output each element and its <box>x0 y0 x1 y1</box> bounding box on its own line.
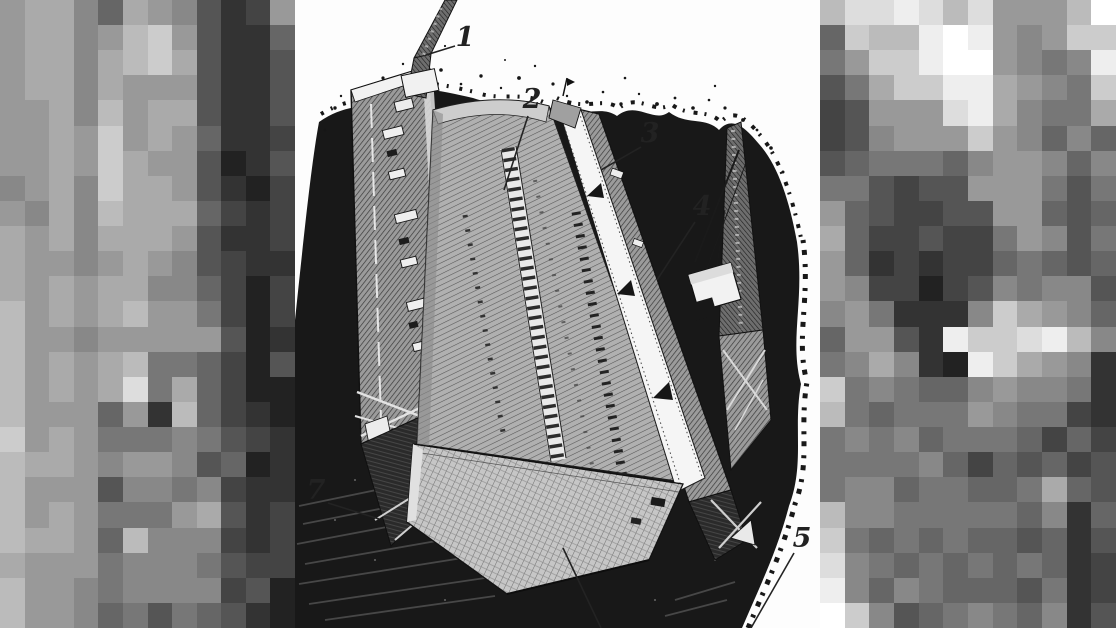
callout-7-label: 7 <box>307 475 326 506</box>
mosaic-cell <box>98 502 123 527</box>
mosaic-cell <box>49 578 74 603</box>
mosaic-cell <box>968 377 993 402</box>
mosaic-cell <box>25 251 50 276</box>
mosaic-cell <box>1067 402 1092 427</box>
mosaic-cell <box>25 402 50 427</box>
mosaic-cell <box>221 25 246 50</box>
mosaic-cell <box>197 126 222 151</box>
callout-1-label: 1 <box>456 22 475 53</box>
mosaic-cell <box>919 402 944 427</box>
mosaic-cell <box>148 100 173 125</box>
mosaic-cell <box>221 301 246 326</box>
mosaic-cell <box>943 100 968 125</box>
mosaic-cell <box>148 201 173 226</box>
mosaic-cell <box>894 528 919 553</box>
mosaic-cell <box>148 352 173 377</box>
mosaic-cell <box>221 528 246 553</box>
mosaic-cell <box>25 477 50 502</box>
mosaic-cell <box>246 502 271 527</box>
mosaic-cell <box>1017 477 1042 502</box>
mosaic-cell <box>123 477 148 502</box>
mosaic-cell <box>197 50 222 75</box>
mosaic-cell <box>820 427 845 452</box>
mosaic-cell <box>221 452 246 477</box>
mosaic-cell <box>968 402 993 427</box>
mosaic-cell <box>869 327 894 352</box>
mosaic-cell <box>25 553 50 578</box>
mosaic-cell <box>919 553 944 578</box>
mosaic-cell <box>869 25 894 50</box>
mosaic-cell <box>869 251 894 276</box>
mosaic-cell <box>123 276 148 301</box>
mosaic-cell <box>1042 176 1067 201</box>
mosaic-cell <box>270 201 295 226</box>
mosaic-cell <box>25 427 50 452</box>
mosaic-cell <box>1042 402 1067 427</box>
mosaic-cell <box>270 352 295 377</box>
mosaic-cell <box>1067 452 1092 477</box>
mosaic-cell <box>74 151 99 176</box>
mosaic-cell <box>968 151 993 176</box>
mosaic-cell <box>246 151 271 176</box>
mosaic-cell <box>894 427 919 452</box>
mosaic-cell <box>270 402 295 427</box>
mosaic-cell <box>172 126 197 151</box>
mosaic-cell <box>869 75 894 100</box>
mosaic-cell <box>74 276 99 301</box>
mosaic-cell <box>221 603 246 628</box>
mosaic-cell <box>270 100 295 125</box>
mosaic-cell <box>197 502 222 527</box>
mosaic-cell <box>98 578 123 603</box>
mosaic-cell <box>1091 251 1116 276</box>
mosaic-cell <box>98 251 123 276</box>
mosaic-cell <box>221 327 246 352</box>
mosaic-cell <box>98 176 123 201</box>
mosaic-cell <box>49 176 74 201</box>
mosaic-cell <box>221 151 246 176</box>
mosaic-cell <box>197 327 222 352</box>
mosaic-cell <box>1042 477 1067 502</box>
mosaic-cell <box>49 226 74 251</box>
mosaic-cell <box>123 402 148 427</box>
mosaic-cell <box>919 75 944 100</box>
mosaic-cell <box>845 427 870 452</box>
mosaic-cell <box>1017 151 1042 176</box>
mosaic-cell <box>993 50 1018 75</box>
mosaic-cell <box>123 578 148 603</box>
mosaic-cell <box>968 301 993 326</box>
mosaic-cell <box>49 126 74 151</box>
mosaic-cell <box>221 126 246 151</box>
mosaic-cell <box>820 126 845 151</box>
mosaic-cell <box>25 502 50 527</box>
mosaic-cell <box>919 50 944 75</box>
mosaic-cell <box>820 100 845 125</box>
mosaic-cell <box>820 352 845 377</box>
mosaic-cell <box>246 75 271 100</box>
mosaic-cell <box>49 477 74 502</box>
mosaic-cell <box>123 100 148 125</box>
mosaic-cell <box>1067 327 1092 352</box>
mosaic-cell <box>993 377 1018 402</box>
mosaic-cell <box>845 100 870 125</box>
mosaic-cell <box>98 201 123 226</box>
mosaic-cell <box>246 477 271 502</box>
mosaic-cell <box>1042 553 1067 578</box>
mosaic-cell <box>1017 553 1042 578</box>
mosaic-cell <box>1091 352 1116 377</box>
mosaic-cell <box>25 151 50 176</box>
mosaic-cell <box>270 477 295 502</box>
mosaic-cell <box>968 578 993 603</box>
mosaic-cell <box>221 75 246 100</box>
mosaic-cell <box>993 226 1018 251</box>
mosaic-cell <box>246 0 271 25</box>
mosaic-cell <box>943 151 968 176</box>
mosaic-cell <box>246 553 271 578</box>
mosaic-cell <box>49 276 74 301</box>
mosaic-cell <box>943 126 968 151</box>
mosaic-cell <box>270 50 295 75</box>
mosaic-cell <box>1067 226 1092 251</box>
mosaic-cell <box>25 50 50 75</box>
mosaic-cell <box>221 100 246 125</box>
mosaic-cell <box>1042 427 1067 452</box>
mosaic-cell <box>25 327 50 352</box>
mosaic-cell <box>98 553 123 578</box>
mosaic-cell <box>820 0 845 25</box>
mosaic-cell <box>172 251 197 276</box>
mosaic-cell <box>148 176 173 201</box>
mosaic-cell <box>820 201 845 226</box>
mosaic-cell <box>820 251 845 276</box>
mosaic-cell <box>25 603 50 628</box>
mosaic-cell <box>820 25 845 50</box>
mosaic-cell <box>25 126 50 151</box>
mosaic-cell <box>894 553 919 578</box>
mosaic-cell <box>869 276 894 301</box>
mosaic-cell <box>270 75 295 100</box>
mosaic-cell <box>197 75 222 100</box>
mosaic-cell <box>1017 201 1042 226</box>
mosaic-cell <box>943 427 968 452</box>
mosaic-cell <box>197 352 222 377</box>
mosaic-cell <box>246 50 271 75</box>
mosaic-cell <box>968 25 993 50</box>
mosaic-cell <box>221 427 246 452</box>
mosaic-cell <box>49 603 74 628</box>
mosaic-cell <box>845 528 870 553</box>
mosaic-cell <box>845 25 870 50</box>
mosaic-cell <box>1067 0 1092 25</box>
mosaic-cell <box>1067 578 1092 603</box>
mosaic-cell <box>919 25 944 50</box>
mosaic-cell <box>919 352 944 377</box>
mosaic-cell <box>1042 578 1067 603</box>
mosaic-cell <box>993 176 1018 201</box>
mosaic-cell <box>0 25 25 50</box>
mosaic-cell <box>894 100 919 125</box>
mosaic-cell <box>197 176 222 201</box>
mosaic-cell <box>49 402 74 427</box>
mosaic-cell <box>172 502 197 527</box>
mosaic-cell <box>1017 502 1042 527</box>
mosaic-cell <box>148 452 173 477</box>
mosaic-cell <box>968 477 993 502</box>
mosaic-cell <box>869 452 894 477</box>
mosaic-cell <box>74 377 99 402</box>
mosaic-cell <box>820 477 845 502</box>
mosaic-cell <box>993 0 1018 25</box>
mosaic-cell <box>968 50 993 75</box>
mosaic-cell <box>1067 25 1092 50</box>
mosaic-cell <box>820 603 845 628</box>
mosaic-cell <box>943 553 968 578</box>
mosaic-cell <box>820 402 845 427</box>
mosaic-cell <box>869 50 894 75</box>
mosaic-cell <box>246 427 271 452</box>
mosaic-cell <box>919 176 944 201</box>
mosaic-cell <box>820 226 845 251</box>
mosaic-cell <box>968 176 993 201</box>
mosaic-cell <box>820 553 845 578</box>
mosaic-cell <box>74 452 99 477</box>
mosaic-cell <box>1017 226 1042 251</box>
mosaic-cell <box>968 276 993 301</box>
mosaic-cell <box>270 0 295 25</box>
mosaic-cell <box>197 603 222 628</box>
mosaic-cell <box>270 427 295 452</box>
mosaic-cell <box>148 528 173 553</box>
mosaic-cell <box>993 327 1018 352</box>
mosaic-cell <box>869 176 894 201</box>
screenshot-root: { "figure": { "kind": "engraving-illustr… <box>0 0 1116 628</box>
mosaic-cell <box>919 276 944 301</box>
mosaic-cell <box>1091 477 1116 502</box>
mosaic-cell <box>197 477 222 502</box>
mosaic-cell <box>943 352 968 377</box>
mosaic-cell <box>25 201 50 226</box>
mosaic-cell <box>74 25 99 50</box>
mosaic-cell <box>172 25 197 50</box>
mosaic-cell <box>270 502 295 527</box>
mosaic-cell <box>0 126 25 151</box>
mosaic-cell <box>894 25 919 50</box>
mosaic-cell <box>993 75 1018 100</box>
mosaic-cell <box>845 603 870 628</box>
mosaic-cell <box>49 377 74 402</box>
mosaic-cell <box>943 0 968 25</box>
mosaic-cell <box>845 251 870 276</box>
mosaic-cell <box>246 402 271 427</box>
mosaic-cell <box>221 352 246 377</box>
mosaic-cell <box>894 603 919 628</box>
mosaic-cell <box>49 151 74 176</box>
mosaic-cell <box>123 553 148 578</box>
mosaic-cell <box>98 126 123 151</box>
mosaic-cell <box>172 528 197 553</box>
mosaic-cell <box>1067 427 1092 452</box>
mosaic-cell <box>968 126 993 151</box>
mosaic-cell <box>270 25 295 50</box>
mosaic-cell <box>1067 603 1092 628</box>
mosaic-cell <box>0 502 25 527</box>
mosaic-cell <box>993 25 1018 50</box>
mosaic-cell <box>0 50 25 75</box>
mosaic-cell <box>1042 377 1067 402</box>
mosaic-cell <box>172 402 197 427</box>
mosaic-cell <box>845 502 870 527</box>
mosaic-cell <box>869 603 894 628</box>
mosaic-cell <box>1067 251 1092 276</box>
mosaic-cell <box>148 327 173 352</box>
mosaic-cell <box>246 352 271 377</box>
mosaic-cell <box>919 251 944 276</box>
mosaic-cell <box>993 477 1018 502</box>
mosaic-cell <box>172 201 197 226</box>
mosaic-cell <box>123 427 148 452</box>
mosaic-cell <box>1067 477 1092 502</box>
mosaic-cell <box>845 301 870 326</box>
mosaic-cell <box>49 201 74 226</box>
mosaic-cell <box>123 251 148 276</box>
mosaic-cell <box>49 528 74 553</box>
mosaic-cell <box>74 603 99 628</box>
mosaic-cell <box>172 50 197 75</box>
mosaic-cell <box>869 553 894 578</box>
mosaic-cell <box>98 327 123 352</box>
mosaic-cell <box>869 502 894 527</box>
callout-5-label: 5 <box>793 523 812 554</box>
mosaic-cell <box>943 603 968 628</box>
mosaic-cell <box>894 452 919 477</box>
mosaic-cell <box>221 0 246 25</box>
mosaic-cell <box>869 578 894 603</box>
mosaic-cell <box>172 553 197 578</box>
mosaic-cell <box>197 100 222 125</box>
mosaic-cell <box>993 427 1018 452</box>
mosaic-cell <box>869 226 894 251</box>
mosaic-cell <box>1017 100 1042 125</box>
mosaic-cell <box>172 0 197 25</box>
mosaic-cell <box>993 201 1018 226</box>
mosaic-cell <box>1042 327 1067 352</box>
mosaic-cell <box>820 301 845 326</box>
mosaic-cell <box>1042 201 1067 226</box>
mosaic-cell <box>0 201 25 226</box>
mosaic-cell <box>820 452 845 477</box>
mosaic-cell <box>25 377 50 402</box>
mosaic-cell <box>0 477 25 502</box>
mosaic-cell <box>1067 352 1092 377</box>
mosaic-cell <box>0 276 25 301</box>
mosaic-cell <box>74 176 99 201</box>
mosaic-cell <box>0 176 25 201</box>
mosaic-cell <box>74 251 99 276</box>
mosaic-cell <box>919 0 944 25</box>
mosaic-cell <box>919 578 944 603</box>
mosaic-cell <box>123 0 148 25</box>
mosaic-cell <box>74 402 99 427</box>
mosaic-cell <box>0 402 25 427</box>
mosaic-cell <box>123 452 148 477</box>
mosaic-cell <box>74 553 99 578</box>
mosaic-cell <box>25 578 50 603</box>
mosaic-cell <box>894 226 919 251</box>
mosaic-cell <box>246 100 271 125</box>
mosaic-cell <box>919 126 944 151</box>
mosaic-cell <box>49 427 74 452</box>
mosaic-cell <box>172 477 197 502</box>
mosaic-cell <box>919 151 944 176</box>
mosaic-cell <box>98 151 123 176</box>
mosaic-cell <box>148 251 173 276</box>
mosaic-cell <box>1017 50 1042 75</box>
mosaic-cell <box>246 578 271 603</box>
mosaic-cell <box>98 528 123 553</box>
mosaic-cell <box>993 352 1018 377</box>
mosaic-cell <box>943 578 968 603</box>
mosaic-cell <box>98 352 123 377</box>
mosaic-cell <box>845 201 870 226</box>
mosaic-cell <box>246 176 271 201</box>
mosaic-cell <box>1067 528 1092 553</box>
mosaic-cell <box>221 578 246 603</box>
mosaic-cell <box>845 276 870 301</box>
mosaic-cell <box>74 578 99 603</box>
mosaic-cell <box>74 100 99 125</box>
mosaic-cell <box>1091 452 1116 477</box>
mosaic-cell <box>221 201 246 226</box>
mosaic-cell <box>123 377 148 402</box>
mosaic-cell <box>869 151 894 176</box>
mosaic-cell <box>1091 151 1116 176</box>
mosaic-cell <box>123 301 148 326</box>
mosaic-cell <box>894 201 919 226</box>
mosaic-cell <box>943 502 968 527</box>
mosaic-cell <box>1042 0 1067 25</box>
mosaic-cell <box>919 301 944 326</box>
mosaic-cell <box>74 528 99 553</box>
mosaic-cell <box>1091 553 1116 578</box>
mosaic-cell <box>1067 553 1092 578</box>
letterbox-mosaic-left <box>0 0 295 628</box>
mosaic-cell <box>246 276 271 301</box>
mosaic-cell <box>0 226 25 251</box>
mosaic-cell <box>943 50 968 75</box>
mosaic-cell <box>270 126 295 151</box>
mosaic-cell <box>968 251 993 276</box>
mosaic-cell <box>1017 251 1042 276</box>
mosaic-cell <box>943 327 968 352</box>
mosaic-cell <box>869 352 894 377</box>
mosaic-cell <box>74 126 99 151</box>
mosaic-cell <box>919 528 944 553</box>
mosaic-cell <box>943 402 968 427</box>
mosaic-cell <box>820 50 845 75</box>
mosaic-cell <box>845 377 870 402</box>
mosaic-cell <box>123 327 148 352</box>
mosaic-cell <box>221 502 246 527</box>
mosaic-cell <box>172 301 197 326</box>
mosaic-cell <box>820 176 845 201</box>
mosaic-cell <box>49 100 74 125</box>
mosaic-cell <box>1042 126 1067 151</box>
mosaic-cell <box>1067 276 1092 301</box>
mosaic-cell <box>0 578 25 603</box>
mosaic-cell <box>820 151 845 176</box>
